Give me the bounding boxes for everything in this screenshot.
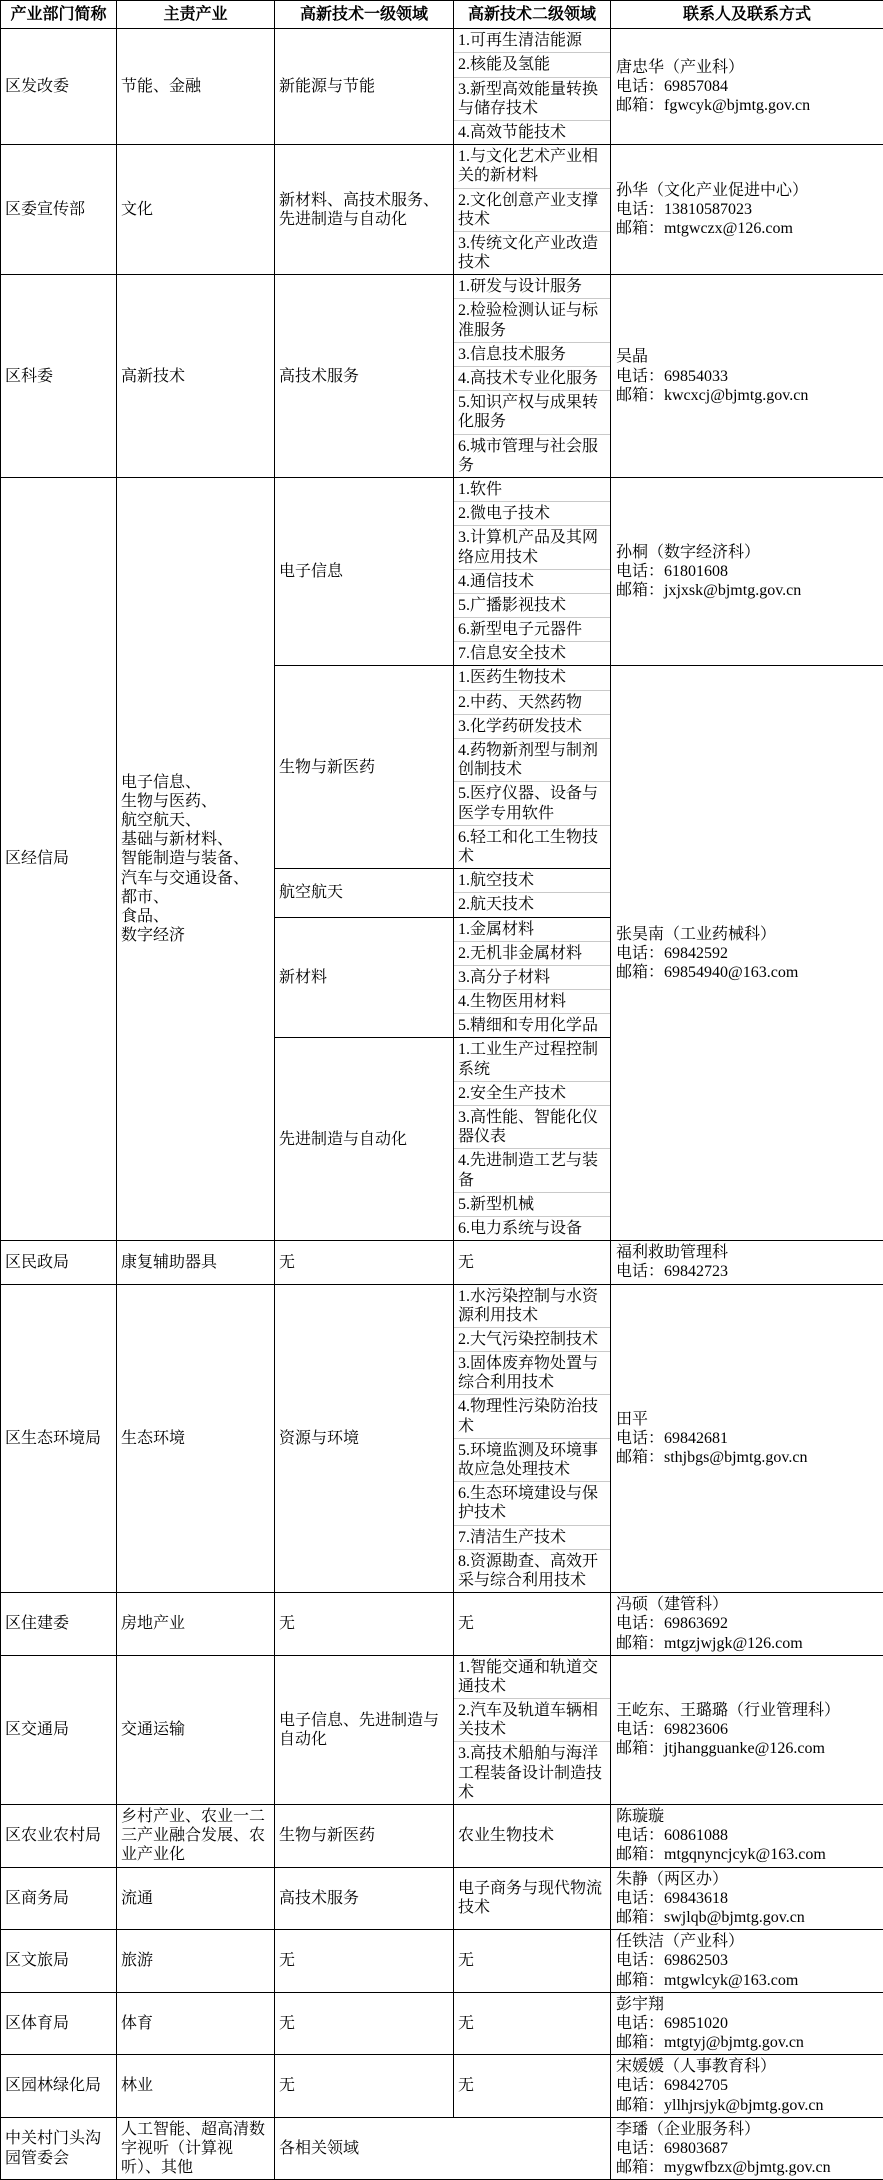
dept-cell: 区园林绿化局 — [1, 2055, 117, 2118]
contact-cell: 王屹东、王璐璐（行业管理科） 电话：69823606 邮箱：jtjhanggua… — [611, 1655, 883, 1804]
level2-item: 1.金属材料 — [454, 918, 610, 941]
level2-item: 6.城市管理与社会服务 — [454, 434, 610, 477]
level2-field-cell: 农业生物技术 — [454, 1805, 611, 1868]
level2-item: 1.航空技术 — [454, 869, 610, 892]
table-row: 区委宣传部文化新材料、高技术服务、先进制造与自动化1.与文化艺术产业相关的新材料… — [1, 145, 883, 275]
level1-field-cell: 高技术服务 — [275, 1867, 454, 1930]
dept-cell: 区经信局 — [1, 477, 117, 1240]
level1-field-cell: 新材料 — [275, 917, 454, 1038]
industry-cell: 电子信息、 生物与医药、 航空航天、 基础与新材料、 智能制造与装备、 汽车与交… — [117, 477, 275, 1240]
column-header: 联系人及联系方式 — [611, 1, 883, 29]
level2-item: 1.工业生产过程控制系统 — [454, 1038, 610, 1080]
level2-item: 2.微电子技术 — [454, 501, 610, 525]
level2-item: 6.轻工和化工生物技术 — [454, 825, 610, 868]
level2-item: 2.文化创意产业支撑技术 — [454, 188, 610, 231]
level2-field-cell: 电子商务与现代物流技术 — [454, 1867, 611, 1930]
industry-contact-table: 产业部门简称主责产业高新技术一级领域高新技术二级领域联系人及联系方式 区发改委节… — [0, 0, 883, 2180]
level1-field-cell: 生物与新医药 — [275, 666, 454, 869]
table-body: 区发改委节能、金融新能源与节能1.可再生清洁能源2.核能及氢能3.新型高效能量转… — [1, 29, 883, 2180]
level2-item: 3.高技术船舶与海洋工程装备设计制造技术 — [454, 1741, 610, 1804]
level1-field-cell: 无 — [275, 1241, 454, 1284]
industry-cell: 高新技术 — [117, 275, 275, 478]
level2-item: 2.航天技术 — [454, 892, 610, 916]
level2-item: 3.新型高效能量转换与储存技术 — [454, 77, 610, 120]
industry-cell: 文化 — [117, 145, 275, 275]
level2-item: 4.药物新剂型与制剂创制技术 — [454, 738, 610, 781]
dept-cell: 区住建委 — [1, 1593, 117, 1656]
table-row: 区体育局体育无无彭宇翔 电话：69851020 邮箱：mtgtyj@bjmtg.… — [1, 1992, 883, 2055]
contact-cell: 彭宇翔 电话：69851020 邮箱：mtgtyj@bjmtg.gov.cn — [611, 1992, 883, 2055]
table-row: 区交通局交通运输电子信息、先进制造与自动化1.智能交通和轨道交通技术2.汽车及轨… — [1, 1655, 883, 1804]
contact-cell: 朱静（两区办） 电话：69843618 邮箱：swjlqb@bjmtg.gov.… — [611, 1867, 883, 1930]
table-row: 区住建委房地产业无无冯硕（建管科） 电话：69863692 邮箱：mtgzjwj… — [1, 1593, 883, 1656]
level2-field-cell: 1.可再生清洁能源2.核能及氢能3.新型高效能量转换与储存技术4.高效节能技术 — [454, 29, 611, 145]
industry-cell: 流通 — [117, 1867, 275, 1930]
level2-item: 4.高技术专业化服务 — [454, 366, 610, 390]
column-header: 主责产业 — [117, 1, 275, 29]
level2-item: 1.研发与设计服务 — [454, 275, 610, 298]
contact-cell: 陈璇璇 电话：60861088 邮箱：mtgqnyncjcyk@163.com — [611, 1805, 883, 1868]
level2-item: 2.汽车及轨道车辆相关技术 — [454, 1698, 610, 1741]
level1-field-cell: 先进制造与自动化 — [275, 1038, 454, 1241]
industry-cell: 交通运输 — [117, 1655, 275, 1804]
level2-item: 2.大气污染控制技术 — [454, 1327, 610, 1351]
dept-cell: 中关村门头沟园管委会 — [1, 2117, 117, 2180]
industry-cell: 旅游 — [117, 1930, 275, 1993]
level2-item: 1.可再生清洁能源 — [454, 29, 610, 52]
level2-field-cell: 1.智能交通和轨道交通技术2.汽车及轨道车辆相关技术3.高技术船舶与海洋工程装备… — [454, 1655, 611, 1804]
level2-item: 8.资源勘查、高效开采与综合利用技术 — [454, 1549, 610, 1592]
industry-cell: 人工智能、超高清数字视听（计算视听）、其他 — [117, 2117, 275, 2180]
level1-field-cell: 各相关领域 — [275, 2117, 611, 2180]
level2-item: 5.环境监测及环境事故应急处理技术 — [454, 1438, 610, 1481]
dept-cell: 区委宣传部 — [1, 145, 117, 275]
level2-item: 3.高分子材料 — [454, 965, 610, 989]
dept-cell: 区体育局 — [1, 1992, 117, 2055]
level2-field-cell: 无 — [454, 1992, 611, 2055]
level2-field-cell: 无 — [454, 2055, 611, 2118]
level2-item: 6.新型电子元器件 — [454, 617, 610, 641]
level2-item: 1.水污染控制与水资源利用技术 — [454, 1285, 610, 1327]
level2-item: 2.中药、天然药物 — [454, 690, 610, 714]
industry-cell: 康复辅助器具 — [117, 1241, 275, 1284]
contact-cell: 吴晶 电话：69854033 邮箱：kwcxcj@bjmtg.gov.cn — [611, 275, 883, 478]
level2-item: 5.知识产权与成果转化服务 — [454, 390, 610, 433]
table-row: 区商务局流通高技术服务电子商务与现代物流技术朱静（两区办） 电话：6984361… — [1, 1867, 883, 1930]
level2-field-cell: 1.软件2.微电子技术3.计算机产品及其网络应用技术4.通信技术5.广播影视技术… — [454, 477, 611, 666]
dept-cell: 区商务局 — [1, 1867, 117, 1930]
level2-item: 4.通信技术 — [454, 569, 610, 593]
contact-cell: 孙桐（数字经济科） 电话：61801608 邮箱：jxjxsk@bjmtg.go… — [611, 477, 883, 666]
level2-item: 5.精细和专用化学品 — [454, 1013, 610, 1037]
table-row: 区经信局电子信息、 生物与医药、 航空航天、 基础与新材料、 智能制造与装备、 … — [1, 477, 883, 666]
level2-field-cell: 1.医药生物技术2.中药、天然药物3.化学药研发技术4.药物新剂型与制剂创制技术… — [454, 666, 611, 869]
dept-cell: 区农业农村局 — [1, 1805, 117, 1868]
level2-item: 3.信息技术服务 — [454, 342, 610, 366]
level2-item: 6.生态环境建设与保护技术 — [454, 1481, 610, 1524]
dept-cell: 区科委 — [1, 275, 117, 478]
table-row: 区园林绿化局林业无无宋媛媛（人事教育科） 电话：69842705 邮箱：yllh… — [1, 2055, 883, 2118]
industry-cell: 生态环境 — [117, 1284, 275, 1593]
table-row: 区科委高新技术高技术服务1.研发与设计服务2.检验检测认证与标准服务3.信息技术… — [1, 275, 883, 478]
level2-item: 2.安全生产技术 — [454, 1081, 610, 1105]
level1-field-cell: 电子信息、先进制造与自动化 — [275, 1655, 454, 1804]
level2-field-cell: 1.与文化艺术产业相关的新材料2.文化创意产业支撑技术3.传统文化产业改造技术 — [454, 145, 611, 275]
dept-cell: 区生态环境局 — [1, 1284, 117, 1593]
level2-field-cell: 1.工业生产过程控制系统2.安全生产技术3.高性能、智能化仪器仪表4.先进制造工… — [454, 1038, 611, 1241]
level2-item: 4.物理性污染防治技术 — [454, 1394, 610, 1437]
level2-item: 5.新型机械 — [454, 1192, 610, 1216]
dept-cell: 区文旅局 — [1, 1930, 117, 1993]
level2-field-cell: 1.金属材料2.无机非金属材料3.高分子材料4.生物医用材料5.精细和专用化学品 — [454, 917, 611, 1038]
contact-cell: 孙华（文化产业促进中心） 电话：13810587023 邮箱：mtgwczx@1… — [611, 145, 883, 275]
table-header: 产业部门简称主责产业高新技术一级领域高新技术二级领域联系人及联系方式 — [1, 1, 883, 29]
contact-cell: 任铁洁（产业科） 电话：69862503 邮箱：mtgwlcyk@163.com — [611, 1930, 883, 1993]
level1-field-cell: 生物与新医药 — [275, 1805, 454, 1868]
level2-field-cell: 无 — [454, 1241, 611, 1284]
level2-item: 1.智能交通和轨道交通技术 — [454, 1656, 610, 1698]
level1-field-cell: 无 — [275, 1992, 454, 2055]
contact-cell: 福利救助管理科 电话：69842723 — [611, 1241, 883, 1284]
level1-field-cell: 资源与环境 — [275, 1284, 454, 1593]
table-row: 区文旅局旅游无无任铁洁（产业科） 电话：69862503 邮箱：mtgwlcyk… — [1, 1930, 883, 1993]
industry-cell: 林业 — [117, 2055, 275, 2118]
level1-field-cell: 无 — [275, 1593, 454, 1656]
column-header: 高新技术二级领域 — [454, 1, 611, 29]
table-row: 区民政局康复辅助器具无无福利救助管理科 电话：69842723 — [1, 1241, 883, 1284]
table-row: 区发改委节能、金融新能源与节能1.可再生清洁能源2.核能及氢能3.新型高效能量转… — [1, 29, 883, 145]
level2-item: 2.核能及氢能 — [454, 52, 610, 76]
level2-item: 7.清洁生产技术 — [454, 1525, 610, 1549]
table-row: 区农业农村局乡村产业、农业一二三产业融合发展、农业产业化生物与新医药农业生物技术… — [1, 1805, 883, 1868]
level2-field-cell: 无 — [454, 1593, 611, 1656]
dept-cell: 区民政局 — [1, 1241, 117, 1284]
level2-item: 4.生物医用材料 — [454, 989, 610, 1013]
level2-item: 6.电力系统与设备 — [454, 1216, 610, 1240]
level1-field-cell: 无 — [275, 1930, 454, 1993]
table-row: 中关村门头沟园管委会人工智能、超高清数字视听（计算视听）、其他各相关领域李璠（企… — [1, 2117, 883, 2180]
header-row: 产业部门简称主责产业高新技术一级领域高新技术二级领域联系人及联系方式 — [1, 1, 883, 29]
level2-item: 1.医药生物技术 — [454, 666, 610, 689]
level1-field-cell: 无 — [275, 2055, 454, 2118]
level2-item: 3.传统文化产业改造技术 — [454, 231, 610, 274]
dept-cell: 区交通局 — [1, 1655, 117, 1804]
level2-field-cell: 1.研发与设计服务2.检验检测认证与标准服务3.信息技术服务4.高技术专业化服务… — [454, 275, 611, 478]
level2-item: 3.计算机产品及其网络应用技术 — [454, 525, 610, 568]
level2-field-cell: 无 — [454, 1930, 611, 1993]
level1-field-cell: 新能源与节能 — [275, 29, 454, 145]
level2-item: 4.先进制造工艺与装备 — [454, 1148, 610, 1191]
level2-item: 4.高效节能技术 — [454, 120, 610, 144]
industry-cell: 节能、金融 — [117, 29, 275, 145]
contact-cell: 宋媛媛（人事教育科） 电话：69842705 邮箱：yllhjrsjyk@bjm… — [611, 2055, 883, 2118]
level2-item: 1.软件 — [454, 478, 610, 501]
level2-item: 1.与文化艺术产业相关的新材料 — [454, 145, 610, 187]
column-header: 高新技术一级领域 — [275, 1, 454, 29]
level2-item: 3.化学药研发技术 — [454, 714, 610, 738]
contact-cell: 冯硕（建管科） 电话：69863692 邮箱：mtgzjwjgk@126.com — [611, 1593, 883, 1656]
contact-cell: 李璠（企业服务科） 电话：69803687 邮箱：mygwfbzx@bjmtg.… — [611, 2117, 883, 2180]
level1-field-cell: 航空航天 — [275, 869, 454, 917]
level2-field-cell: 1.航空技术2.航天技术 — [454, 869, 611, 917]
industry-contact-page: 产业部门简称主责产业高新技术一级领域高新技术二级领域联系人及联系方式 区发改委节… — [0, 0, 883, 2180]
level2-item: 2.无机非金属材料 — [454, 941, 610, 965]
industry-cell: 房地产业 — [117, 1593, 275, 1656]
level2-item: 3.高性能、智能化仪器仪表 — [454, 1105, 610, 1148]
industry-cell: 乡村产业、农业一二三产业融合发展、农业产业化 — [117, 1805, 275, 1868]
dept-cell: 区发改委 — [1, 29, 117, 145]
level2-item: 7.信息安全技术 — [454, 641, 610, 665]
column-header: 产业部门简称 — [1, 1, 117, 29]
level2-item: 3.固体废弃物处置与综合利用技术 — [454, 1351, 610, 1394]
level1-field-cell: 电子信息 — [275, 477, 454, 666]
level2-item: 2.检验检测认证与标准服务 — [454, 298, 610, 341]
contact-cell: 田平 电话：69842681 邮箱：sthjbgs@bjmtg.gov.cn — [611, 1284, 883, 1593]
level2-field-cell: 1.水污染控制与水资源利用技术2.大气污染控制技术3.固体废弃物处置与综合利用技… — [454, 1284, 611, 1593]
level2-item: 5.广播影视技术 — [454, 593, 610, 617]
industry-cell: 体育 — [117, 1992, 275, 2055]
table-row: 区生态环境局生态环境资源与环境1.水污染控制与水资源利用技术2.大气污染控制技术… — [1, 1284, 883, 1593]
level2-item: 5.医疗仪器、设备与医学专用软件 — [454, 781, 610, 824]
level1-field-cell: 新材料、高技术服务、先进制造与自动化 — [275, 145, 454, 275]
contact-cell: 张昊南（工业药械科） 电话：69842592 邮箱：69854940@163.c… — [611, 666, 883, 1241]
contact-cell: 唐忠华（产业科） 电话：69857084 邮箱：fgwcyk@bjmtg.gov… — [611, 29, 883, 145]
level1-field-cell: 高技术服务 — [275, 275, 454, 478]
